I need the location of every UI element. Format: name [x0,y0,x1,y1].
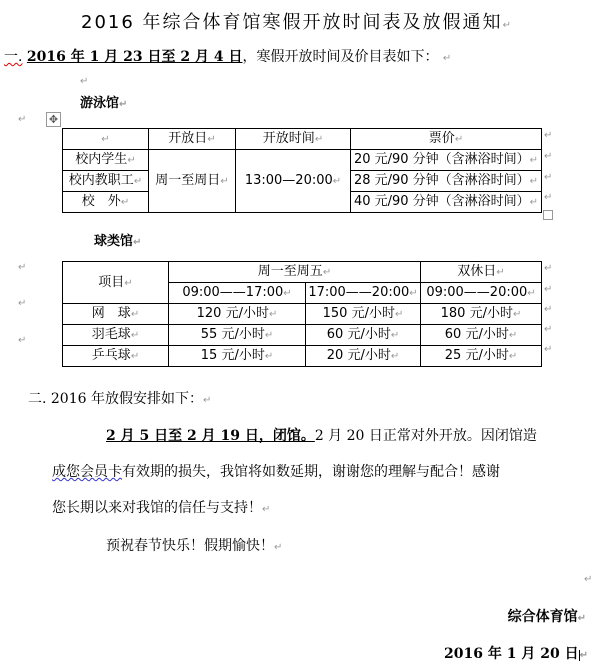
item-header-cell: 项目↵ [63,262,169,304]
category-cell: 校 外↵ [63,192,149,213]
price-cell: 20 元/90 分钟（含淋浴时间）↵ [351,150,542,171]
item-cell: 网 球↵ [63,304,169,325]
price-cell: 60 元/小时↵ [421,325,542,346]
price-cell: 60 元/小时↵ [306,325,421,346]
open-time-cell: 13:00—20:00↵ [236,150,351,213]
header-cell: 开放时间↵ [236,129,351,150]
swimming-heading: 游泳馆↵ [80,92,127,111]
price-cell: 28 元/90 分钟（含淋浴时间）↵ [351,171,542,192]
price-cell: 15 元/小时↵ [169,346,306,367]
swimming-price-table: ↵ 开放日↵ 开放时间↵ 票价↵ 校内学生↵ 周一至周日↵ 13:00—20:0… [62,128,542,213]
table-resize-handle[interactable] [543,210,553,220]
section-1-heading: 一. 2016 年 1 月 23 日至 2 月 4 日，寒假开放时间及价目表如下… [4,46,451,66]
greeting-line: 预祝春节快乐！假期愉快！↵ [52,528,537,566]
paragraph-line-3: 您长期以来对我馆的信任与支持！↵ [52,490,537,528]
category-cell: 校内学生↵ [63,150,149,171]
category-cell: 校内教职工↵ [63,171,149,192]
price-cell: 180 元/小时↵ [421,304,542,325]
paragraph-mark: ↵ [80,76,88,87]
table-move-handle-icon[interactable]: ✥ [46,112,61,127]
table-header-row: 项目↵ 周一至周五↵ 双休日↵ [63,262,542,283]
price-cell: 25 元/小时↵ [421,346,542,367]
paragraph-line-1: 2 月 5 日至 2 月 19 日，闭馆。2 月 20 日正常对外开放。因闭馆造 [52,418,537,454]
slot-cell: 09:00——20:00↵ [421,283,542,304]
table-row: 乒乓球↵ 15 元/小时↵ 20 元/小时↵ 25 元/小时↵ [63,346,542,367]
price-cell: 20 元/小时↵ [306,346,421,367]
signature-date: 2016 年 1 月 20 日↵ [444,643,588,663]
price-cell: 150 元/小时↵ [306,304,421,325]
spelling-flag: 成您会员卡 [52,464,122,480]
document-title: 2016 年综合体育馆寒假开放时间表及放假通知↵ [0,8,594,34]
header-cell: 开放日↵ [149,129,236,150]
section-1-text: ，寒假开放时间及价目表如下： [242,49,438,65]
section-2-paragraph: 2 月 5 日至 2 月 19 日，闭馆。2 月 20 日正常对外开放。因闭馆造… [52,418,537,566]
text-cursor: ↵ [579,650,588,661]
price-cell: 55 元/小时↵ [169,325,306,346]
date-range: 2016 年 1 月 23 日至 2 月 4 日 [27,49,243,65]
price-cell: 120 元/小时↵ [169,304,306,325]
item-cell: 羽毛球↵ [63,325,169,346]
open-days-cell: 周一至周日↵ [149,150,236,213]
weekend-header-cell: 双休日↵ [421,262,542,283]
slot-cell: 09:00——17:00↵ [169,283,306,304]
paragraph-line-2: 成您会员卡有效期的损失，我馆将如数延期，谢谢您的理解与配合！感谢 [52,454,537,490]
ball-heading: 球类馆↵ [94,230,141,249]
section-2-heading: 二. 2016 年放假安排如下：↵ [28,381,211,419]
section-number: 一. [4,49,22,65]
table-row: 羽毛球↵ 55 元/小时↵ 60 元/小时↵ 60 元/小时↵ [63,325,542,346]
paragraph-mark: ↵ [18,114,26,125]
price-cell: 40 元/90 分钟（含淋浴时间）↵ [351,192,542,213]
signature-org: 综合体育馆↵ [508,606,586,626]
closure-dates: 2 月 5 日至 2 月 19 日，闭馆。 [106,428,315,444]
paragraph-mark: ↵ [503,20,513,31]
slot-cell: 17:00——20:00↵ [306,283,421,304]
table-row: 校内学生↵ 周一至周日↵ 13:00—20:00↵ 20 元/90 分钟（含淋浴… [63,150,542,171]
table-row: 网 球↵ 120 元/小时↵ 150 元/小时↵ 180 元/小时↵ [63,304,542,325]
item-cell: 乒乓球↵ [63,346,169,367]
ball-price-table: 项目↵ 周一至周五↵ 双休日↵ 09:00——17:00↵ 17:00——20:… [62,261,542,367]
weekday-header-cell: 周一至周五↵ [169,262,421,283]
header-cell: ↵ [63,129,149,150]
table-header-row: ↵ 开放日↵ 开放时间↵ 票价↵ [63,129,542,150]
header-cell: 票价↵ [351,129,542,150]
